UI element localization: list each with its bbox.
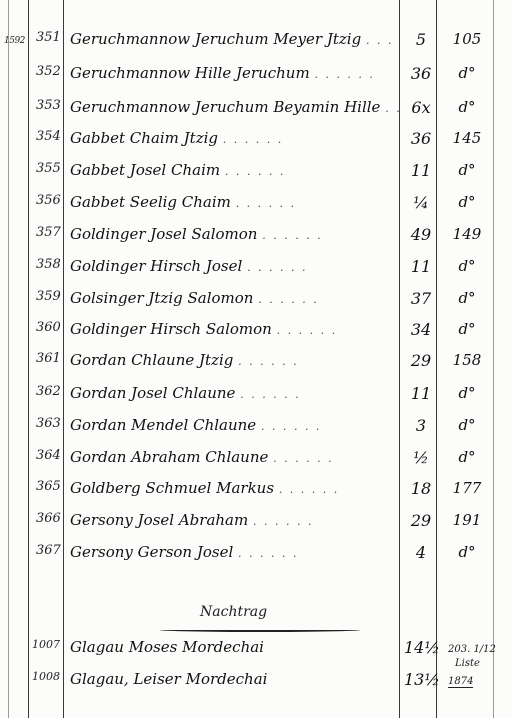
entry-number: 359: [36, 289, 64, 304]
register-entry: 352Geruchmannow Hille Jeruchum . . . . .…: [0, 64, 512, 94]
entry-number: 356: [36, 193, 64, 208]
entry-name: Goldinger Hirsch Josel . . . . . .: [70, 257, 400, 275]
entry-age: 49: [404, 225, 438, 244]
entry-age: 29: [404, 351, 438, 370]
entry-number: 351: [36, 30, 64, 45]
side-note-top: 203. 1/12: [448, 644, 496, 655]
entry-number: 1008: [32, 670, 60, 683]
entry-house-number: d°: [444, 543, 490, 561]
entry-name: Gordan Josel Chlaune . . . . . .: [70, 384, 400, 402]
entry-name: Gordan Abraham Chlaune . . . . . .: [70, 448, 400, 466]
register-entry: 356Gabbet Seelig Chaim . . . . . .¼d°: [0, 193, 512, 223]
register-entry: 354Gabbet Chaim Jtzig . . . . . .36145: [0, 129, 512, 159]
entry-house-number: d°: [444, 193, 490, 211]
entry-name: Goldinger Josel Salomon . . . . . .: [70, 225, 400, 243]
entry-name: Glagau Moses Mordechai: [70, 638, 400, 656]
entry-name: Goldberg Schmuel Markus . . . . . .: [70, 479, 400, 497]
entry-name: Glagau, Leiser Mordechai: [70, 670, 400, 688]
entry-house-number: 145: [444, 129, 490, 147]
register-entry: 351Geruchmannow Jeruchum Meyer Jtzig . .…: [0, 30, 512, 60]
register-entry: 357Goldinger Josel Salomon . . . . . .49…: [0, 225, 512, 255]
entry-name: Geruchmannow Jeruchum Meyer Jtzig . . . …: [70, 30, 400, 48]
entry-number: 361: [36, 351, 64, 366]
entry-number: 355: [36, 161, 64, 176]
register-entry: 360Goldinger Hirsch Salomon . . . . . .3…: [0, 320, 512, 350]
section-header: Nachtrag: [200, 604, 267, 620]
entry-house-number: d°: [444, 64, 490, 82]
entry-name: Golsinger Jtzig Salomon . . . . . .: [70, 289, 400, 307]
entry-number: 367: [36, 543, 64, 558]
entry-number: 362: [36, 384, 64, 399]
entry-house-number: d°: [444, 384, 490, 402]
section-flourish: [160, 628, 360, 632]
entry-name: Gabbet Chaim Jtzig . . . . . .: [70, 129, 400, 147]
entry-age: 18: [404, 479, 438, 498]
entry-name: Gordan Mendel Chlaune . . . . . .: [70, 416, 400, 434]
register-entry: 367Gersony Gerson Josel . . . . . .4d°: [0, 543, 512, 573]
entry-house-number: 158: [444, 351, 490, 369]
entry-house-number: 177: [444, 479, 490, 497]
entry-name: Geruchmannow Hille Jeruchum . . . . . .: [70, 64, 400, 82]
entry-age: 3: [404, 416, 438, 435]
entry-house-number: d°: [444, 257, 490, 275]
entry-name: Gabbet Seelig Chaim . . . . . .: [70, 193, 400, 211]
entry-name: Gordan Chlaune Jtzig . . . . . .: [70, 351, 400, 369]
register-entry: 358Goldinger Hirsch Josel . . . . . .11d…: [0, 257, 512, 287]
side-note-mid: Liste: [455, 658, 480, 669]
entry-age: 14½: [404, 638, 438, 657]
entry-house-number: 149: [444, 225, 490, 243]
entry-number: 366: [36, 511, 64, 526]
entry-number: 1007: [32, 638, 60, 651]
register-entry: 355Gabbet Josel Chaim . . . . . .11d°: [0, 161, 512, 191]
entry-age: 13½: [404, 670, 438, 689]
addendum-entry: 1008Glagau, Leiser Mordechai13½: [0, 670, 512, 700]
entry-number: 358: [36, 257, 64, 272]
register-entry: 365Goldberg Schmuel Markus . . . . . .18…: [0, 479, 512, 509]
register-entry: 362Gordan Josel Chlaune . . . . . .11d°: [0, 384, 512, 414]
entry-house-number: 105: [444, 30, 490, 48]
entry-age: 11: [404, 384, 438, 403]
register-entry: 366Gersony Josel Abraham . . . . . .2919…: [0, 511, 512, 541]
register-entry: 364Gordan Abraham Chlaune . . . . . .½d°: [0, 448, 512, 478]
entry-age: 36: [404, 64, 438, 83]
entry-age: 37: [404, 289, 438, 308]
addendum-entry: 1007Glagau Moses Mordechai14½: [0, 638, 512, 668]
entry-house-number: d°: [444, 320, 490, 338]
entry-age: 4: [404, 543, 438, 562]
entry-name: Gabbet Josel Chaim . . . . . .: [70, 161, 400, 179]
entry-number: 360: [36, 320, 64, 335]
entry-number: 365: [36, 479, 64, 494]
entry-house-number: d°: [444, 289, 490, 307]
register-page: 1592 351Geruchmannow Jeruchum Meyer Jtzi…: [0, 0, 512, 718]
entry-number: 353: [36, 98, 64, 113]
entry-age: 29: [404, 511, 438, 530]
entry-house-number: 191: [444, 511, 490, 529]
entry-house-number: d°: [444, 448, 490, 466]
register-entry: 361Gordan Chlaune Jtzig . . . . . .29158: [0, 351, 512, 381]
entry-age: ¼: [404, 193, 438, 212]
entry-age: ½: [404, 448, 438, 467]
register-entry: 353Geruchmannow Jeruchum Beyamin Hille .…: [0, 98, 512, 128]
entry-house-number: d°: [444, 98, 490, 116]
entry-age: 11: [404, 257, 438, 276]
entry-age: 5: [404, 30, 438, 49]
entry-name: Gersony Josel Abraham . . . . . .: [70, 511, 400, 529]
register-entry: 363Gordan Mendel Chlaune . . . . . .3d°: [0, 416, 512, 446]
entry-house-number: d°: [444, 161, 490, 179]
entry-number: 363: [36, 416, 64, 431]
entry-age: 36: [404, 129, 438, 148]
entry-number: 357: [36, 225, 64, 240]
entry-age: 6x: [404, 98, 438, 117]
entry-house-number: d°: [444, 416, 490, 434]
entry-number: 354: [36, 129, 64, 144]
entry-age: 34: [404, 320, 438, 339]
entry-number: 352: [36, 64, 64, 79]
entry-name: Goldinger Hirsch Salomon . . . . . .: [70, 320, 400, 338]
entry-number: 364: [36, 448, 64, 463]
entry-name: Geruchmannow Jeruchum Beyamin Hille . . …: [70, 98, 400, 116]
side-note-bottom: 1874: [448, 676, 473, 688]
entry-name: Gersony Gerson Josel . . . . . .: [70, 543, 400, 561]
register-entry: 359Golsinger Jtzig Salomon . . . . . .37…: [0, 289, 512, 319]
entry-age: 11: [404, 161, 438, 180]
